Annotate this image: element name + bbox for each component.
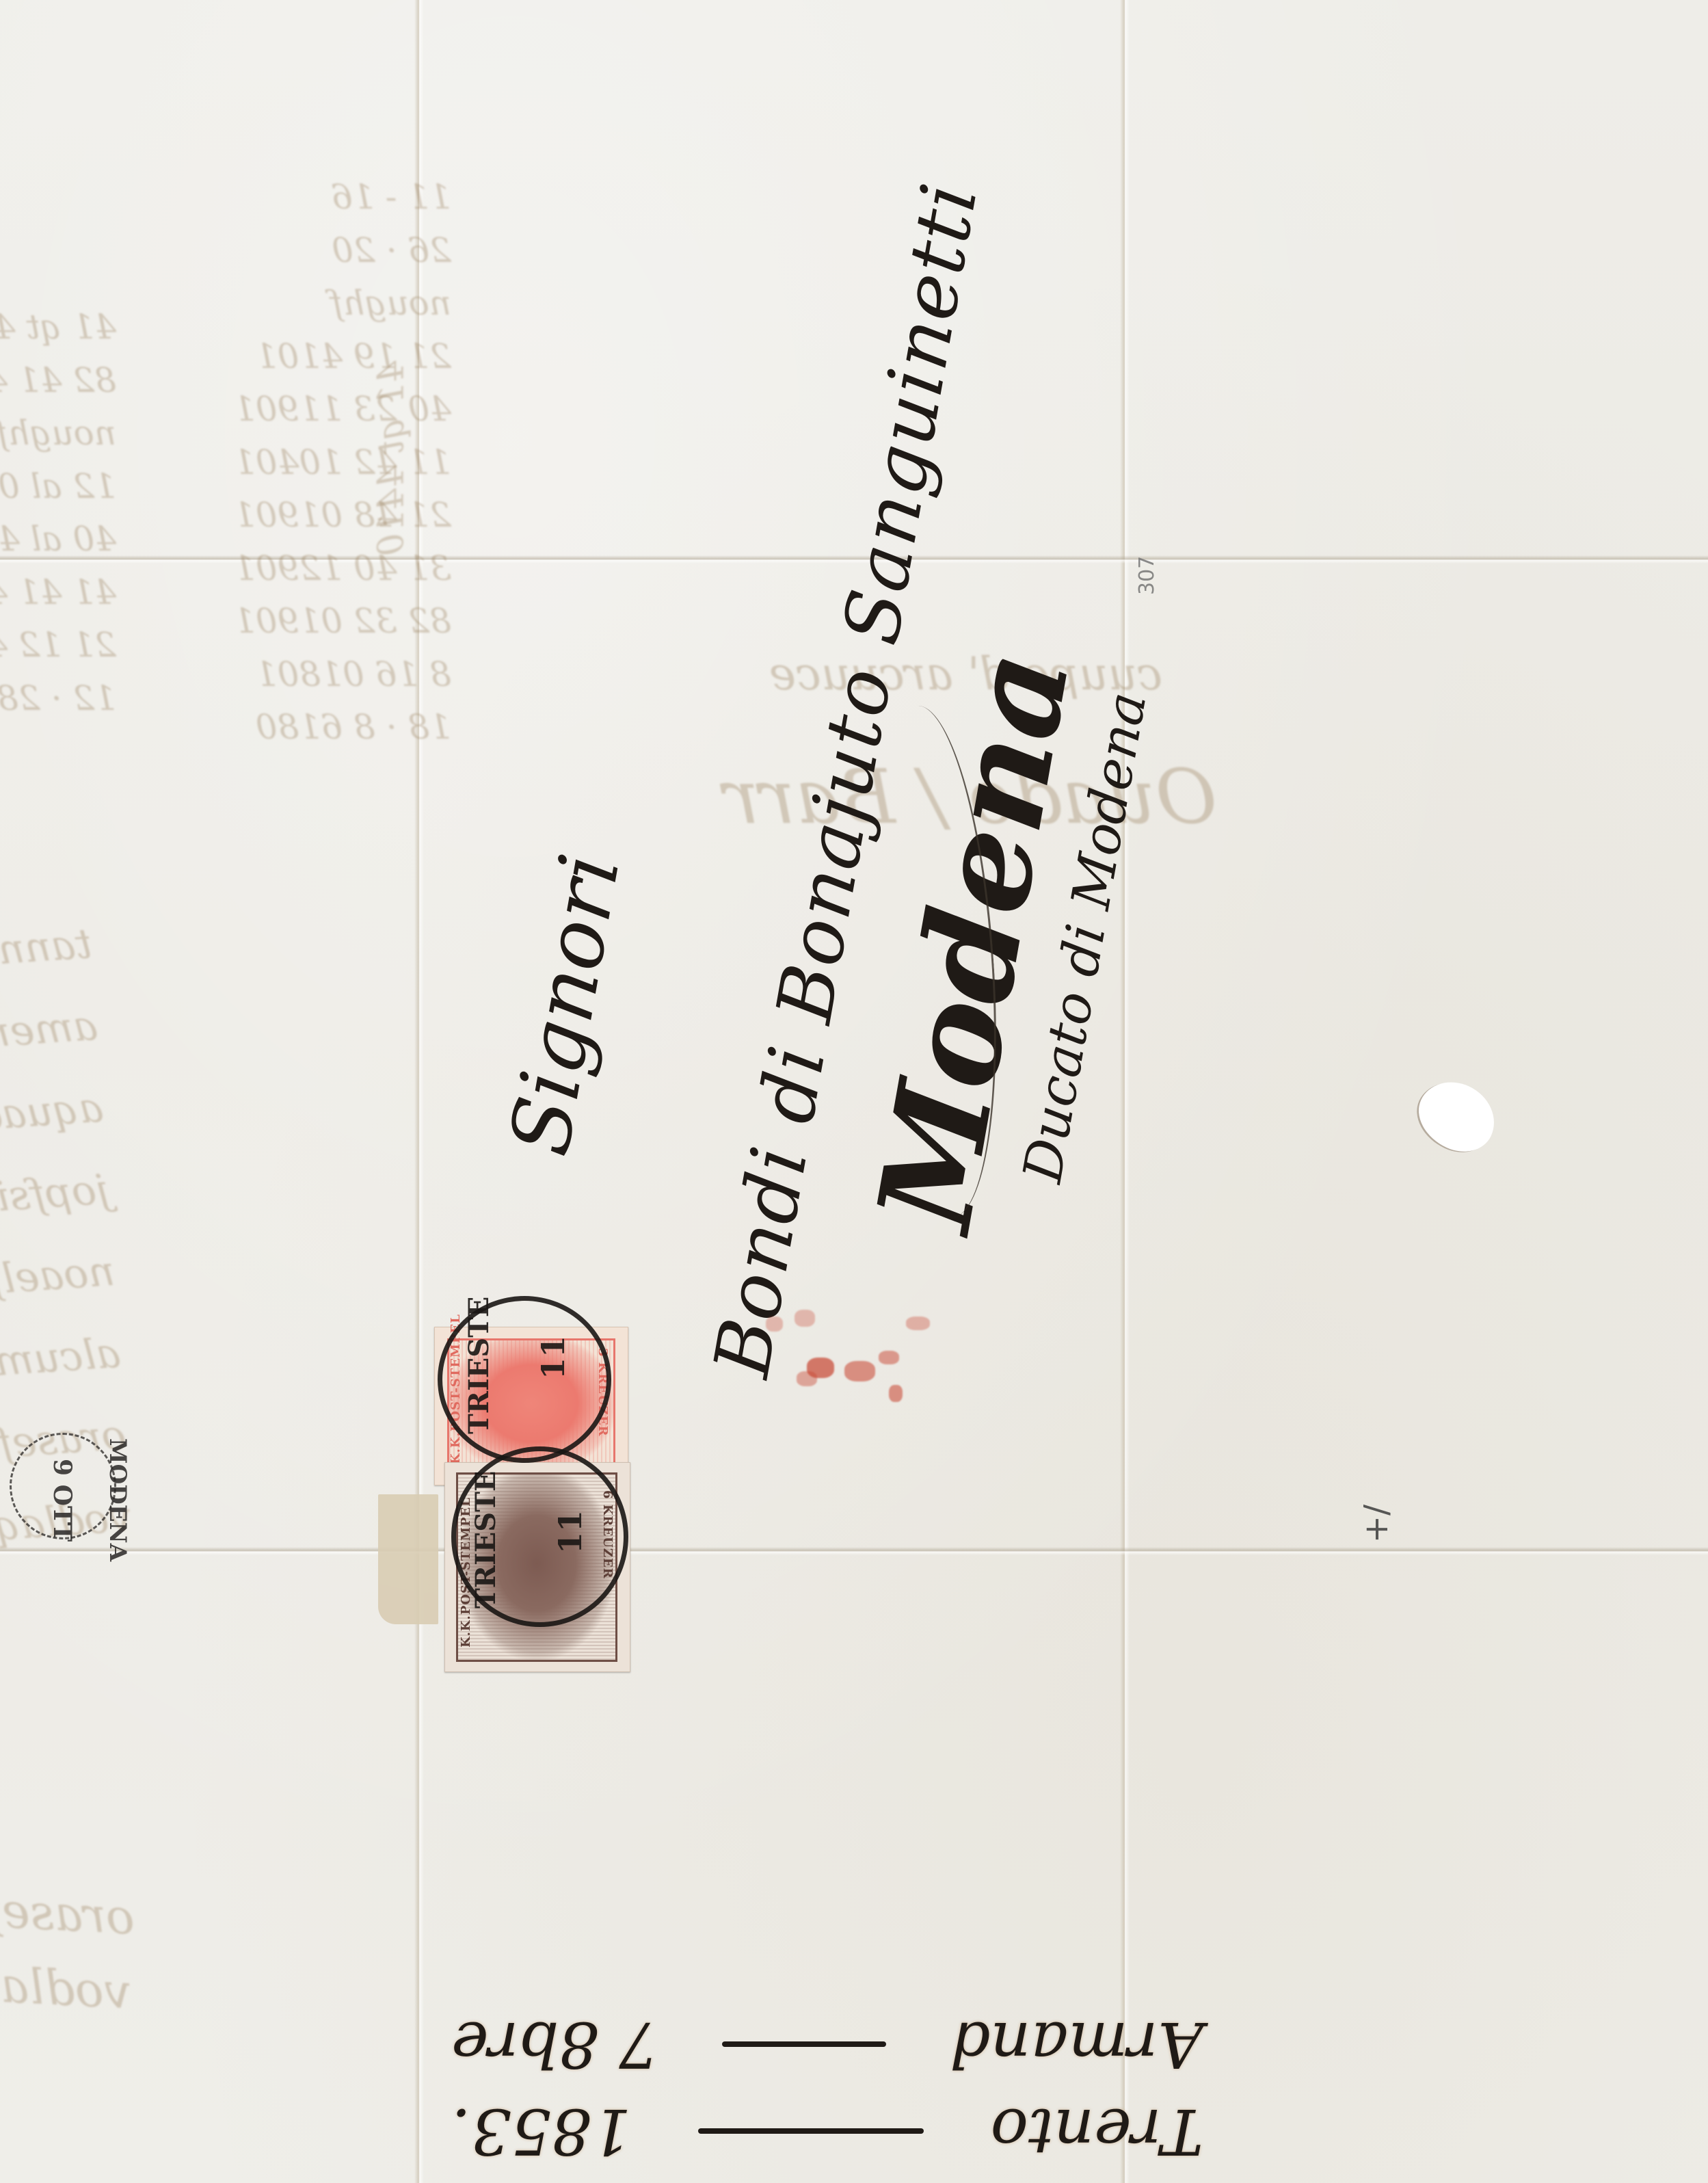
docket-line-2: Armand 7 8bre [451, 2008, 1203, 2081]
modena-receiving-cancel: MODENA 9 OTT [10, 1433, 116, 1539]
bleed-line: 31 40 12901 [234, 542, 451, 596]
bleed-line: 21 12 4011 [0, 619, 116, 672]
bleed-line: 11 - 16 [234, 171, 451, 224]
bleed-line: 40 al 4419 [0, 513, 116, 566]
cancel-date-text: 11 [552, 1510, 589, 1554]
docket-line-1: Trento 1853. [451, 2095, 1203, 2168]
bleed-through-ledger-middle: 11 - 16 26 · 20 noughf 21 19 4101 40 23 … [234, 171, 451, 754]
trieste-cancel-upper: TRIESTE 11 [438, 1296, 611, 1463]
cross-mark: +/ [1357, 1505, 1396, 1543]
bleed-through-ledger-left: 41 qt 4410 82 41 4401 noughf 12 al 0219 … [0, 301, 116, 725]
bleed-line: noughf [234, 277, 451, 330]
bleed-line: 26 · 20 [234, 224, 451, 278]
cancel-town-text: MODENA [104, 1438, 131, 1561]
bleed-line: 18 · 8 6180 [234, 701, 451, 754]
docket-sender: Armand [950, 2008, 1203, 2081]
bleed-line: 21 48 01901 [234, 489, 451, 542]
docket-notation: Trento 1853. Armand 7 8bre [451, 2004, 1203, 2168]
fold-line-vertical-right [1120, 0, 1130, 2183]
bleed-line: 82 32 01901 [234, 595, 451, 648]
cancel-town-text: TRIESTE [463, 1297, 495, 1434]
fold-line-horizontal-bottom [0, 1547, 1708, 1555]
bleed-line: noughf [0, 407, 116, 460]
bleed-line: 8 16 01801 [234, 648, 451, 702]
cancel-town-text: TRIESTE [470, 1471, 502, 1609]
pencil-annotation: 307 [1135, 556, 1159, 595]
cancel-date-text: 11 [535, 1336, 572, 1379]
bleed-line: 11 42 10401 [234, 436, 451, 490]
stamp-hinge-remnant [378, 1494, 438, 1624]
docket-date: 7 8bre [451, 2008, 659, 2081]
bleed-line: 82 41 4401 [0, 354, 116, 408]
bleed-line: 12 · 28 · 40 [0, 672, 116, 726]
docket-year: 1853. [451, 2095, 631, 2168]
bleed-line: 41 qt 4410 [0, 301, 116, 354]
bleed-line: 12 al 0219 [0, 460, 116, 514]
docket-dash [723, 2042, 887, 2048]
cancel-date-text: 9 OTT [48, 1459, 77, 1542]
bleed-line: 40 23 11901 [234, 383, 451, 436]
docket-dash [698, 2129, 924, 2134]
trieste-cancel-lower: TRIESTE 11 [451, 1446, 628, 1627]
bleed-line: 21 19 4101 [234, 330, 451, 384]
docket-origin: Trento [991, 2095, 1203, 2168]
bleed-line: 41 41 4419 [0, 566, 116, 620]
